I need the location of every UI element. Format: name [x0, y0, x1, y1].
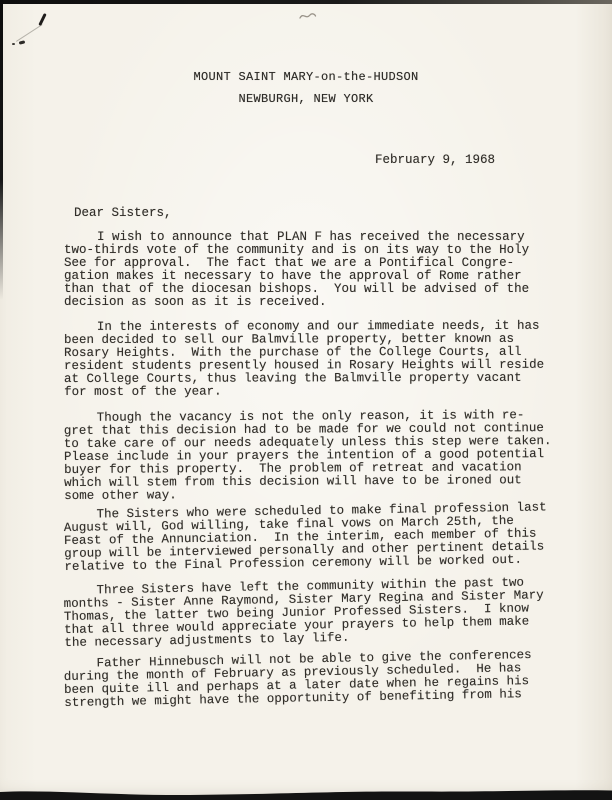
letterhead-line2: NEWBURGH, NEW YORK — [0, 92, 612, 106]
pen-hairline-mark — [16, 24, 43, 42]
paragraph-final-profession: The Sisters who were scheduled to make f… — [63, 501, 566, 574]
scan-edge-bottom — [0, 788, 612, 800]
paragraph-plan-f: I wish to announce that PLAN F has recei… — [64, 231, 566, 309]
pencil-squiggle-mark — [299, 11, 317, 21]
paragraph-father-hinnebusch: Father Hinnebusch will not be able to gi… — [64, 648, 567, 710]
scan-edge-left — [0, 0, 3, 300]
ink-dash — [19, 40, 26, 44]
scan-edge-top — [0, 0, 612, 4]
paragraph-sisters-left: Three Sisters have left the community wi… — [63, 576, 566, 650]
letter-page: MOUNT SAINT MARY-on-the-HUDSON NEWBURGH,… — [0, 0, 612, 800]
ink-dot — [12, 43, 15, 45]
date-line: February 9, 1968 — [375, 153, 495, 167]
letterhead-line1: MOUNT SAINT MARY-on-the-HUDSON — [0, 70, 612, 84]
salutation: Dear Sisters, — [74, 206, 172, 220]
paragraph-vacancy-regret: Though the vacancy is not the only reaso… — [64, 409, 567, 503]
paragraph-balmville-sale: In the interests of economy and our imme… — [64, 320, 566, 399]
